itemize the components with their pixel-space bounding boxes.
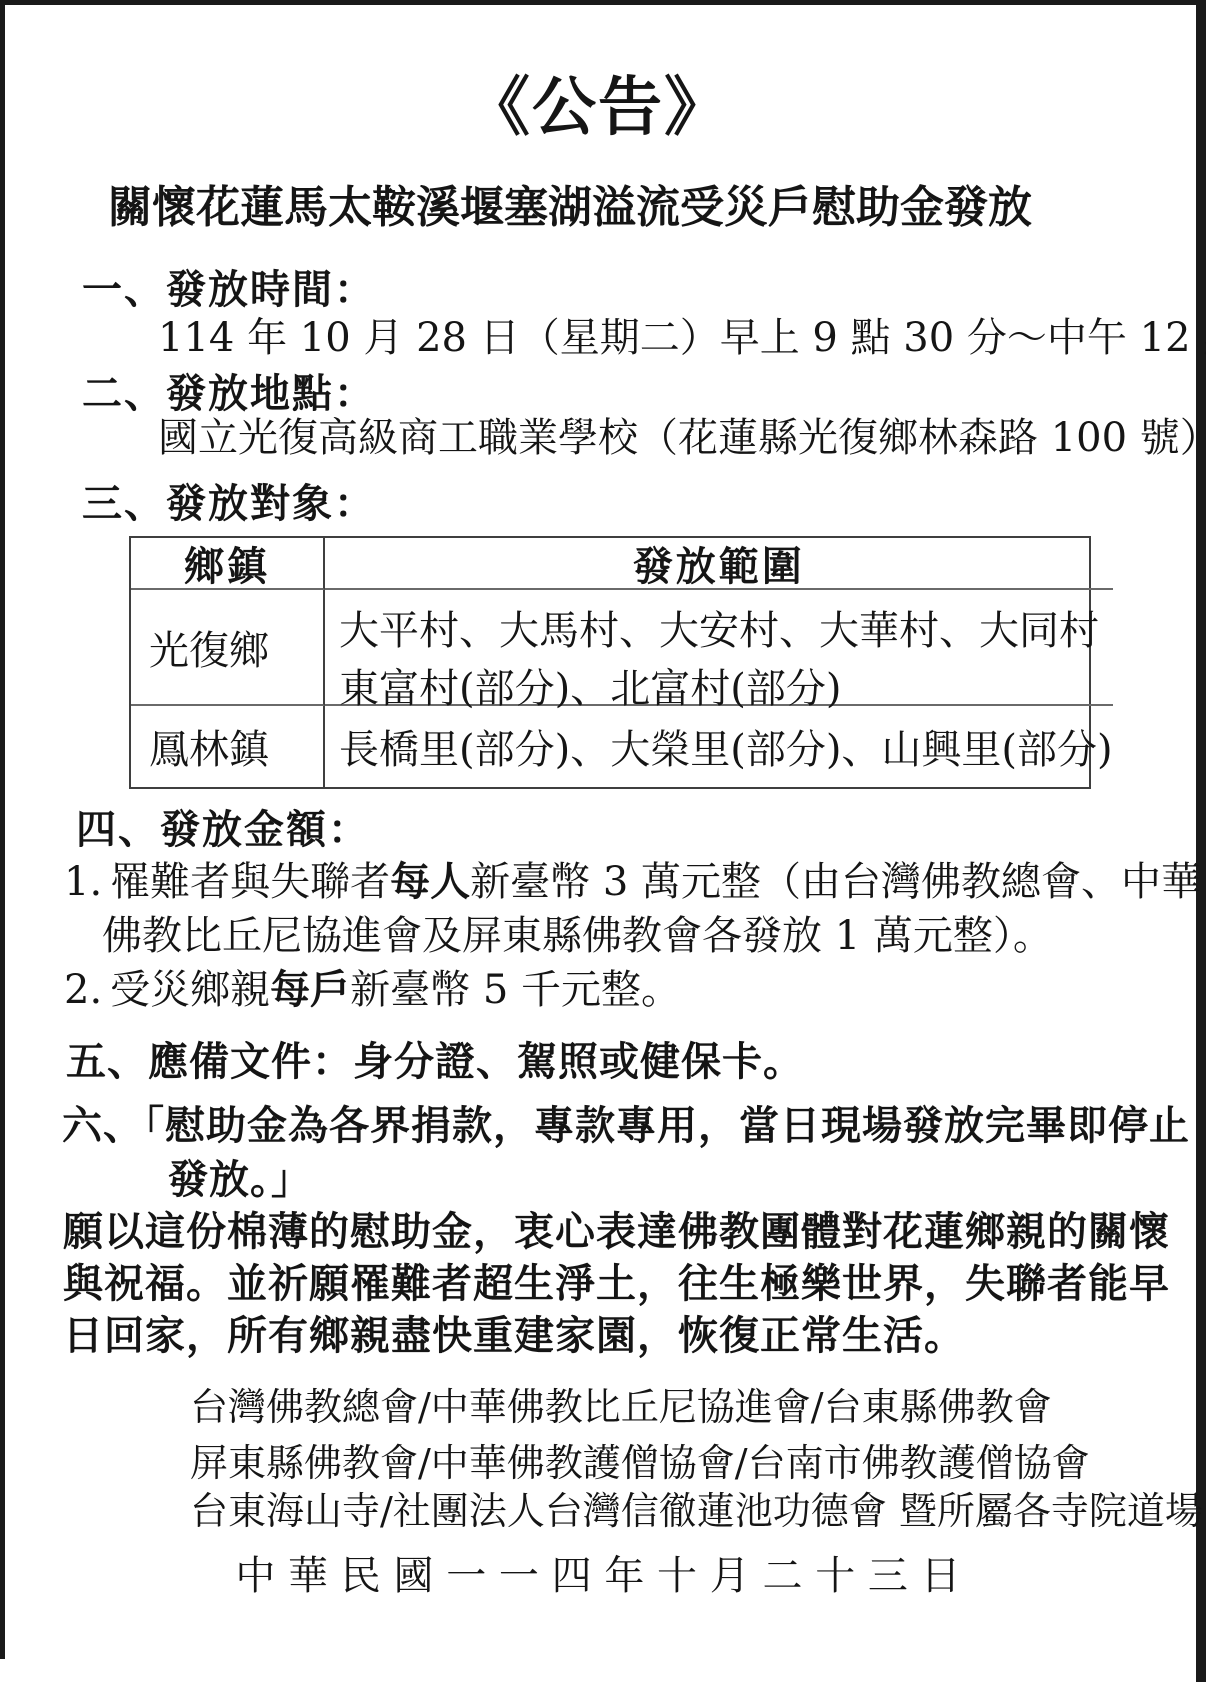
section-2-body: 國立光復高級商工職業學校（花蓮縣光復鄉林森路 100 號） <box>158 418 1206 458</box>
recipients-table: 鄉鎮 發放範圍 光復鄉 大平村、大馬村、大安村、大華村、大同村 東富村(部分)、… <box>129 536 1091 789</box>
organizations-line-1: 台灣佛教總會/中華佛教比丘尼協進會/台東縣佛教會 <box>190 1388 1052 1426</box>
amount-item-1-pre: 罹難者與失聯者 <box>110 859 390 905</box>
closing-paragraph-line-2: 與祝福。並祈願罹難者超生淨土，往生極樂世界，失聯者能早 <box>63 1264 1170 1304</box>
scan-edge-top <box>0 0 1206 5</box>
amount-item-2: 2.受災鄉親每戶新臺幣 5 千元整。 <box>64 970 681 1010</box>
section-3-heading: 三、發放對象： <box>82 484 376 524</box>
announcement-title: 《公告》 <box>0 76 1196 140</box>
table-row1-range: 大平村、大馬村、大安村、大華村、大同村 東富村(部分)、北富村(部分) <box>325 590 1113 706</box>
amount-item-2-emphasis: 每戶 <box>270 966 350 1013</box>
closing-paragraph-line-1: 願以這份棉薄的慰助金，衷心表達佛教團體對花蓮鄉親的關懷 <box>63 1212 1170 1252</box>
scan-edge-right <box>1196 0 1206 1682</box>
organizations-line-2: 屏東縣佛教會/中華佛教護僧協會/台南市佛教護僧協會 <box>190 1444 1090 1482</box>
date-line: 中 華 民 國 一 一 四 年 十 月 二 十 三 日 <box>0 1556 1196 1596</box>
amount-item-1-emphasis: 每人 <box>390 858 470 905</box>
amount-item-1-post: 新臺幣 3 萬元整（由台灣佛教總會、中華 <box>470 859 1201 905</box>
amount-item-2-post: 新臺幣 5 千元整。 <box>350 967 681 1013</box>
table-row2-town: 鳳林鎮 <box>131 706 325 787</box>
section-1-body: 114 年 10 月 28 日（星期二）早上 9 點 30 分～中午 12 點 … <box>158 318 1206 358</box>
table-row2-range: 長橋里(部分)、大榮里(部分)、山興里(部分) <box>325 706 1113 787</box>
table-header-range: 發放範圍 <box>325 538 1113 590</box>
amount-item-2-pre: 受災鄉親 <box>110 967 270 1013</box>
section-5-heading: 五、應備文件：身分證、駕照或健保卡。 <box>66 1042 804 1082</box>
section-1-heading: 一、發放時間： <box>82 270 376 310</box>
scan-edge-left <box>0 0 5 1659</box>
amount-item-1-line-2: 佛教比丘尼協進會及屏東縣佛教會各發放 1 萬元整）。 <box>102 916 1053 956</box>
section-6-line-1: 六、「慰助金為各界捐款，專款專用，當日現場發放完畢即停止 <box>62 1106 1190 1146</box>
section-6-line-2: 發放。」 <box>168 1160 312 1200</box>
amount-item-2-number: 2. <box>64 967 102 1013</box>
table-row1-range-line1: 大平村、大馬村、大安村、大華村、大同村 <box>339 602 1113 660</box>
table-row1-town: 光復鄉 <box>131 590 325 706</box>
announcement-subtitle: 關懷花蓮馬太鞍溪堰塞湖溢流受災戶慰助金發放 <box>108 186 1032 230</box>
organizations-line-3: 台東海山寺/社團法人台灣信徹蓮池功德會 暨所屬各寺院道場 <box>190 1492 1203 1530</box>
closing-paragraph-line-3: 日回家，所有鄉親盡快重建家園，恢復正常生活。 <box>63 1316 965 1356</box>
amount-item-1-line-1: 1.罹難者與失聯者每人新臺幣 3 萬元整（由台灣佛教總會、中華 <box>64 862 1201 902</box>
section-4-heading: 四、發放金額： <box>76 810 370 850</box>
announcement-page: 《公告》 關懷花蓮馬太鞍溪堰塞湖溢流受災戶慰助金發放 一、發放時間： 114 年… <box>0 0 1206 1682</box>
amount-item-1-number: 1. <box>64 859 102 905</box>
section-2-heading: 二、發放地點： <box>82 374 376 414</box>
table-header-town: 鄉鎮 <box>131 538 325 590</box>
